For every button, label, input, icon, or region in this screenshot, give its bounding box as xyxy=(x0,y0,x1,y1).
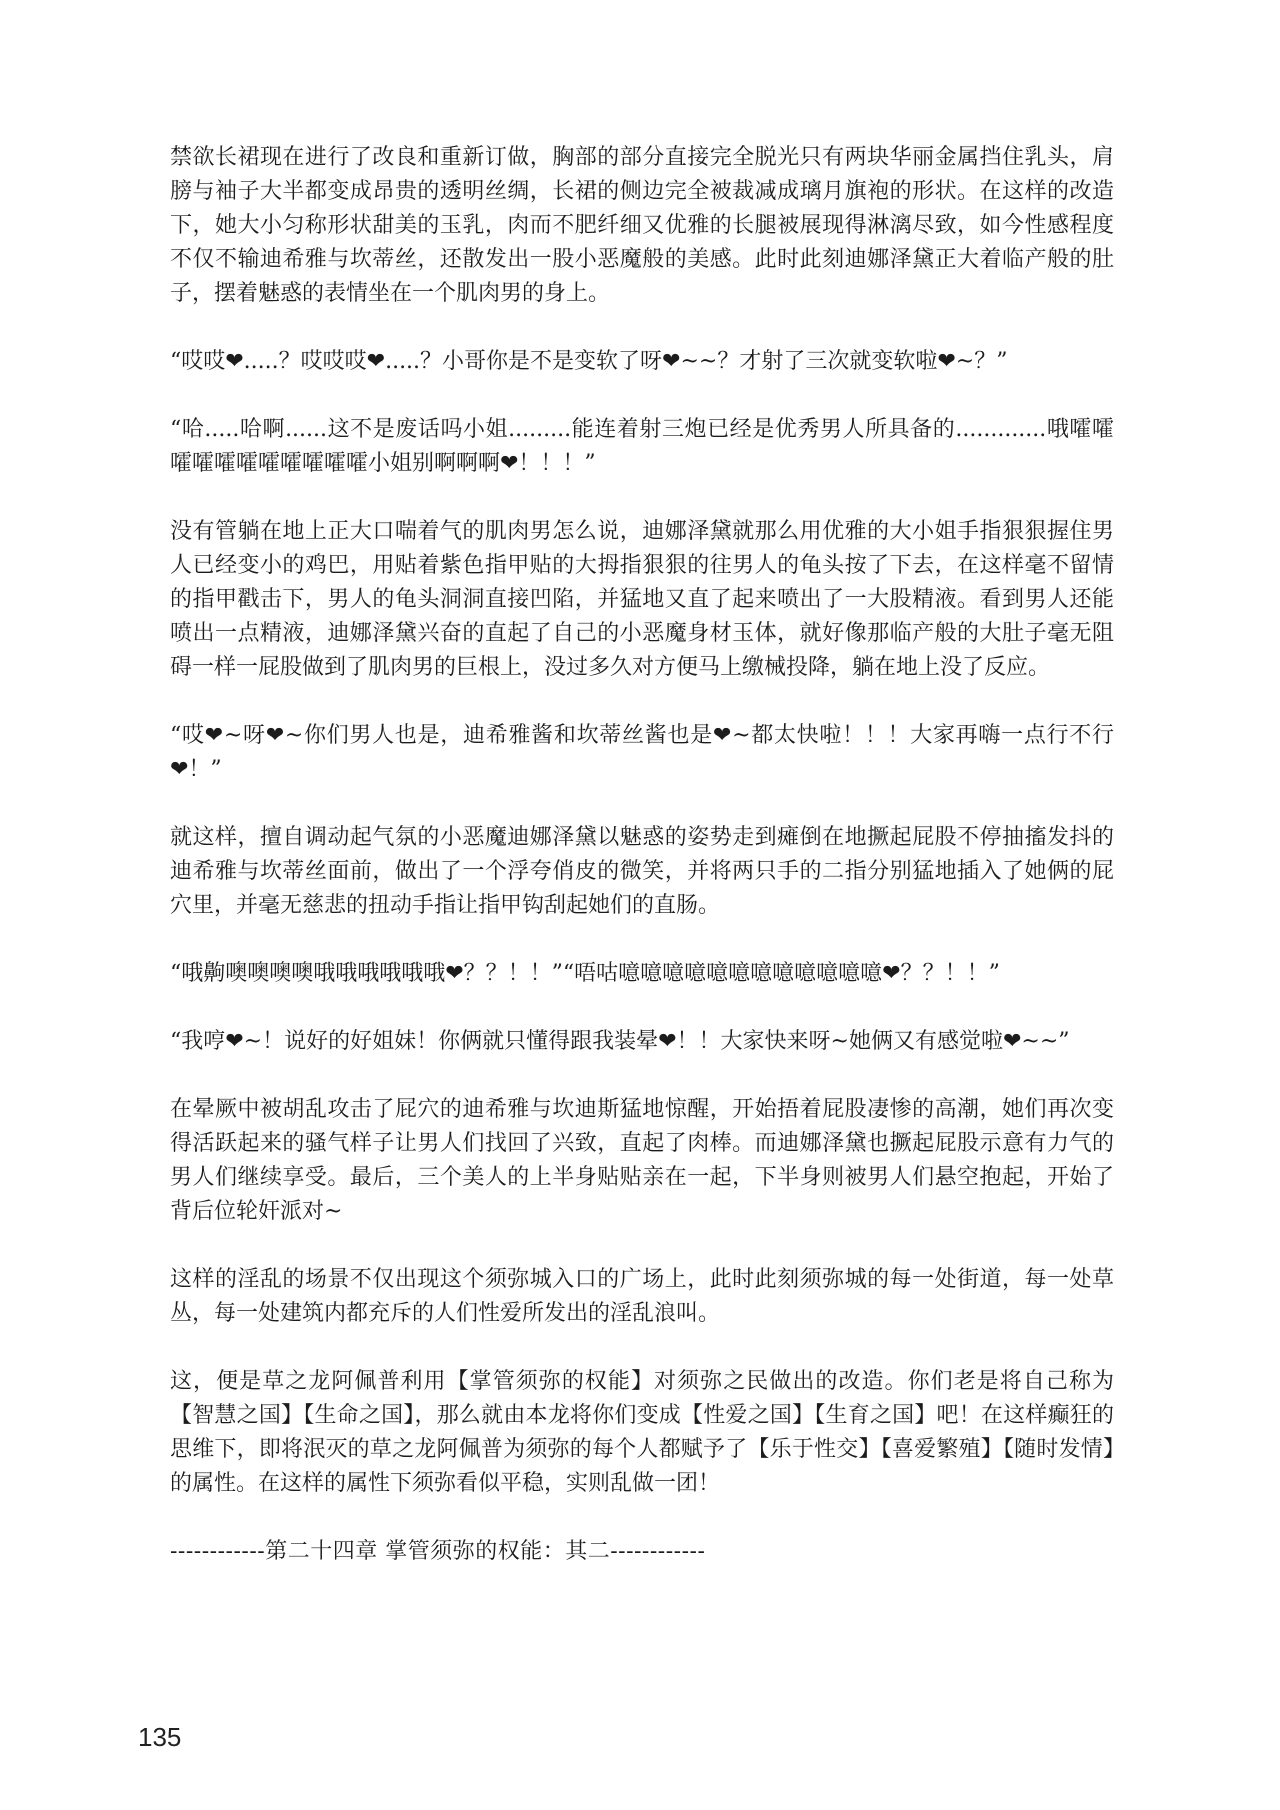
paragraph: 就这样，擅自调动起气氛的小恶魔迪娜泽黛以魅惑的姿势走到瘫倒在地撅起屁股不停抽搐发… xyxy=(170,821,1114,923)
dialogue-paragraph: “哎哎❤.....？哎哎哎❤.....？小哥你是不是变软了呀❤~~？才射了三次就… xyxy=(170,345,1114,379)
dialogue-paragraph: “哦齁噢噢噢噢哦哦哦哦哦哦❤？？！！”“唔咕噫噫噫噫噫噫噫噫噫噫噫噫❤？？！！” xyxy=(170,957,1114,991)
chapter-heading: ------------第二十四章 掌管须弥的权能：其二------------ xyxy=(170,1535,1114,1569)
dialogue-paragraph: “哎❤~呀❤~你们男人也是，迪希雅酱和坎蒂丝酱也是❤~都太快啦！！！大家再嗨一点… xyxy=(170,719,1114,787)
document-page: 禁欲长裙现在进行了改良和重新订做，胸部的部分直接完全脱光只有两块华丽金属挡住乳头… xyxy=(0,0,1280,1810)
paragraph: 这样的淫乱的场景不仅出现这个须弥城入口的广场上，此时此刻须弥城的每一处街道，每一… xyxy=(170,1263,1114,1331)
page-number: 135 xyxy=(138,1722,181,1752)
paragraph: 没有管躺在地上正大口喘着气的肌肉男怎么说，迪娜泽黛就那么用优雅的大小姐手指狠狠握… xyxy=(170,515,1114,685)
paragraph: 禁欲长裙现在进行了改良和重新订做，胸部的部分直接完全脱光只有两块华丽金属挡住乳头… xyxy=(170,141,1114,311)
dialogue-paragraph: “我哼❤~！说好的好姐妹！你俩就只懂得跟我装晕❤！！大家快来呀~她俩又有感觉啦❤… xyxy=(170,1025,1114,1059)
paragraph: 在晕厥中被胡乱攻击了屁穴的迪希雅与坎迪斯猛地惊醒，开始捂着屁股凄惨的高潮，她们再… xyxy=(170,1093,1114,1229)
text-content: 禁欲长裙现在进行了改良和重新订做，胸部的部分直接完全脱光只有两块华丽金属挡住乳头… xyxy=(170,141,1114,1603)
dialogue-paragraph: “哈.....哈啊......这不是废话吗小姐.........能连着射三炮已经… xyxy=(170,413,1114,481)
paragraph: 这，便是草之龙阿佩普利用【掌管须弥的权能】对须弥之民做出的改造。你们老是将自己称… xyxy=(170,1365,1114,1501)
